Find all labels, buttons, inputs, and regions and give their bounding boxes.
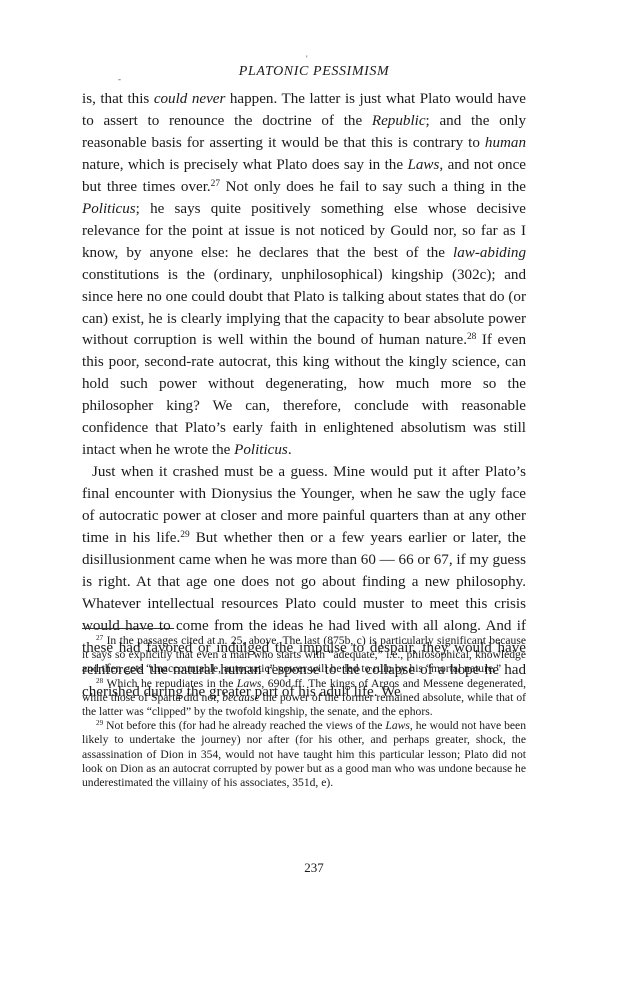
footnote-29: 29 Not before this (for had he already r…	[82, 719, 526, 790]
footnote-28: 28 Which he repudiates in the Laws, 690d…	[82, 677, 526, 720]
book-page: ' - PLATONIC PESSIMISM is, that this cou…	[0, 0, 628, 992]
scan-speck: '	[306, 54, 308, 64]
footnote-separator	[82, 628, 174, 629]
running-head: PLATONIC PESSIMISM	[0, 64, 628, 80]
footnotes: 27 In the passages cited at n. 25, above…	[82, 634, 526, 790]
footnote-ref-27[interactable]: 27	[211, 179, 220, 189]
footnote-ref-29[interactable]: 29	[180, 530, 189, 540]
footnote-27: 27 In the passages cited at n. 25, above…	[82, 634, 526, 677]
body-text: is, that this could never happen. The la…	[82, 89, 526, 704]
paragraph-1: is, that this could never happen. The la…	[82, 89, 526, 462]
page-number: 237	[0, 860, 628, 876]
footnote-ref-28[interactable]: 28	[467, 332, 476, 342]
